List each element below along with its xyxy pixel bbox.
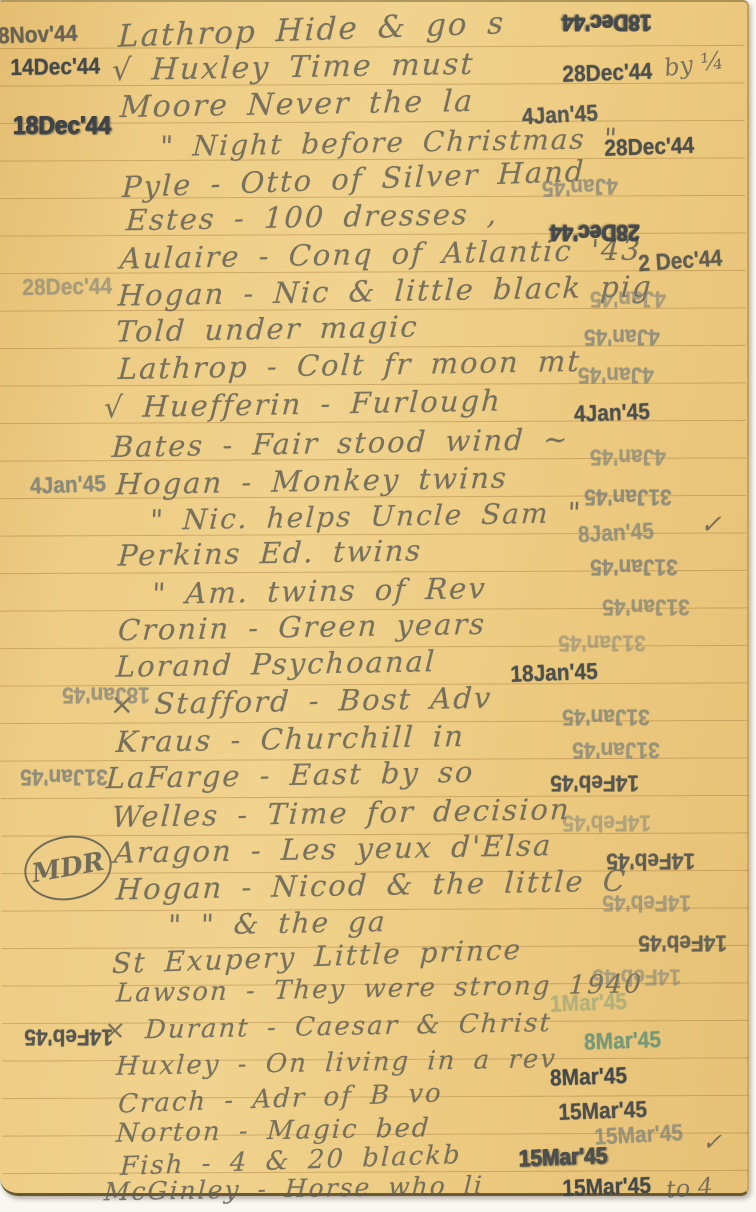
handwritten-entry: Perkins Ed. twins (117, 533, 423, 572)
date-stamp: 31Jan'45 (558, 629, 645, 656)
pencil-note-mark: ✓ (702, 1128, 722, 1156)
date-stamp: 18Jan'45 (62, 681, 149, 708)
date-stamp: 8Mar'45 (584, 1026, 662, 1056)
date-stamp: 14Feb'45 (562, 809, 651, 836)
date-stamp: 4Jan'45 (578, 361, 654, 388)
reading-log-card: Lathrop Hide & go s√ Huxley Time mustMoo… (0, 0, 749, 1196)
handwritten-entry: " " & the ga (167, 905, 387, 942)
date-stamp: 15Mar'45 (562, 1172, 652, 1202)
date-stamp: 31Jan'45 (20, 763, 107, 790)
handwritten-entry: Hogan - Monkey twins (115, 461, 509, 502)
date-stamp: 28Dec'44 (604, 132, 695, 162)
date-stamp: 18Dec'44 (562, 9, 652, 36)
handwritten-entry: LaFarge - East by so (105, 755, 475, 795)
handwritten-entry: Told under magic (115, 309, 419, 348)
handwritten-entry: McGinley - Horse who li (103, 1171, 484, 1207)
handwritten-entry: √ Huefferin - Furlough (103, 384, 503, 425)
date-stamp: 14Feb'45 (606, 847, 695, 874)
date-stamp: 4Jan'45 (590, 443, 666, 470)
date-stamp: 31Jan'45 (572, 736, 659, 763)
handwritten-entry: Estes - 100 dresses , (125, 197, 499, 238)
handwritten-entry: √ Huxley Time must (111, 47, 475, 88)
date-stamp: 14Feb'45 (638, 929, 727, 956)
date-stamp: 14Dec'44 (10, 53, 100, 82)
date-stamp: 8Mar'45 (550, 1062, 628, 1092)
scanned-card-page: Lathrop Hide & go s√ Huxley Time mustMoo… (0, 0, 756, 1212)
handwritten-entry: Kraus - Churchill in (115, 719, 466, 759)
date-stamp: 15Mar'45 (518, 1142, 608, 1172)
date-stamp: 4Jan'45 (521, 99, 598, 130)
date-stamp: 31Jan'45 (602, 593, 689, 620)
date-stamp: 1Mar'45 (550, 988, 628, 1018)
date-stamp: 31Jan'45 (562, 703, 649, 730)
date-stamp: 14Feb'45 (592, 963, 681, 990)
date-stamp: 4Jan'45 (584, 323, 660, 350)
handwritten-entry: " Am. twins of Rev (151, 571, 487, 611)
handwritten-entry: Cronin - Green years (117, 607, 487, 647)
date-stamp: 8Jan'45 (577, 517, 654, 548)
handwritten-entry: Lorand Psychoanal (115, 644, 437, 684)
date-stamp: 14Feb'45 (602, 889, 691, 916)
date-stamp: 18Dec'44 (13, 111, 111, 140)
date-stamp: 28Dec'44 (550, 219, 640, 246)
date-stamp: 14Feb'45 (550, 769, 639, 796)
pencil-note-mark: ✓ (700, 510, 722, 540)
date-stamp: 14Feb'45 (24, 1023, 113, 1050)
date-stamp: 31Jan'45 (590, 553, 677, 580)
date-stamp: 4Jan'45 (590, 285, 666, 312)
date-stamp: 4Jan'45 (542, 172, 619, 202)
date-stamp: 28Nov'44 (0, 20, 78, 50)
handwritten-entry: × Stafford - Bost Adv (109, 681, 493, 722)
date-stamp: 28Dec'44 (562, 58, 653, 88)
date-stamp: 2 Dec'44 (637, 244, 723, 277)
pencil-note-mark: to 4 (665, 1172, 714, 1203)
date-stamp: 4Jan'45 (30, 470, 107, 500)
date-stamp: 31Jan'45 (584, 483, 671, 510)
date-stamp: 15Mar'45 (594, 1119, 684, 1151)
date-stamp: 28Dec'44 (22, 273, 112, 302)
date-stamp: 4Jan'45 (574, 398, 651, 428)
handwritten-entry: Moore Never the la (119, 84, 475, 125)
date-stamp: 18Jan'45 (510, 658, 598, 688)
